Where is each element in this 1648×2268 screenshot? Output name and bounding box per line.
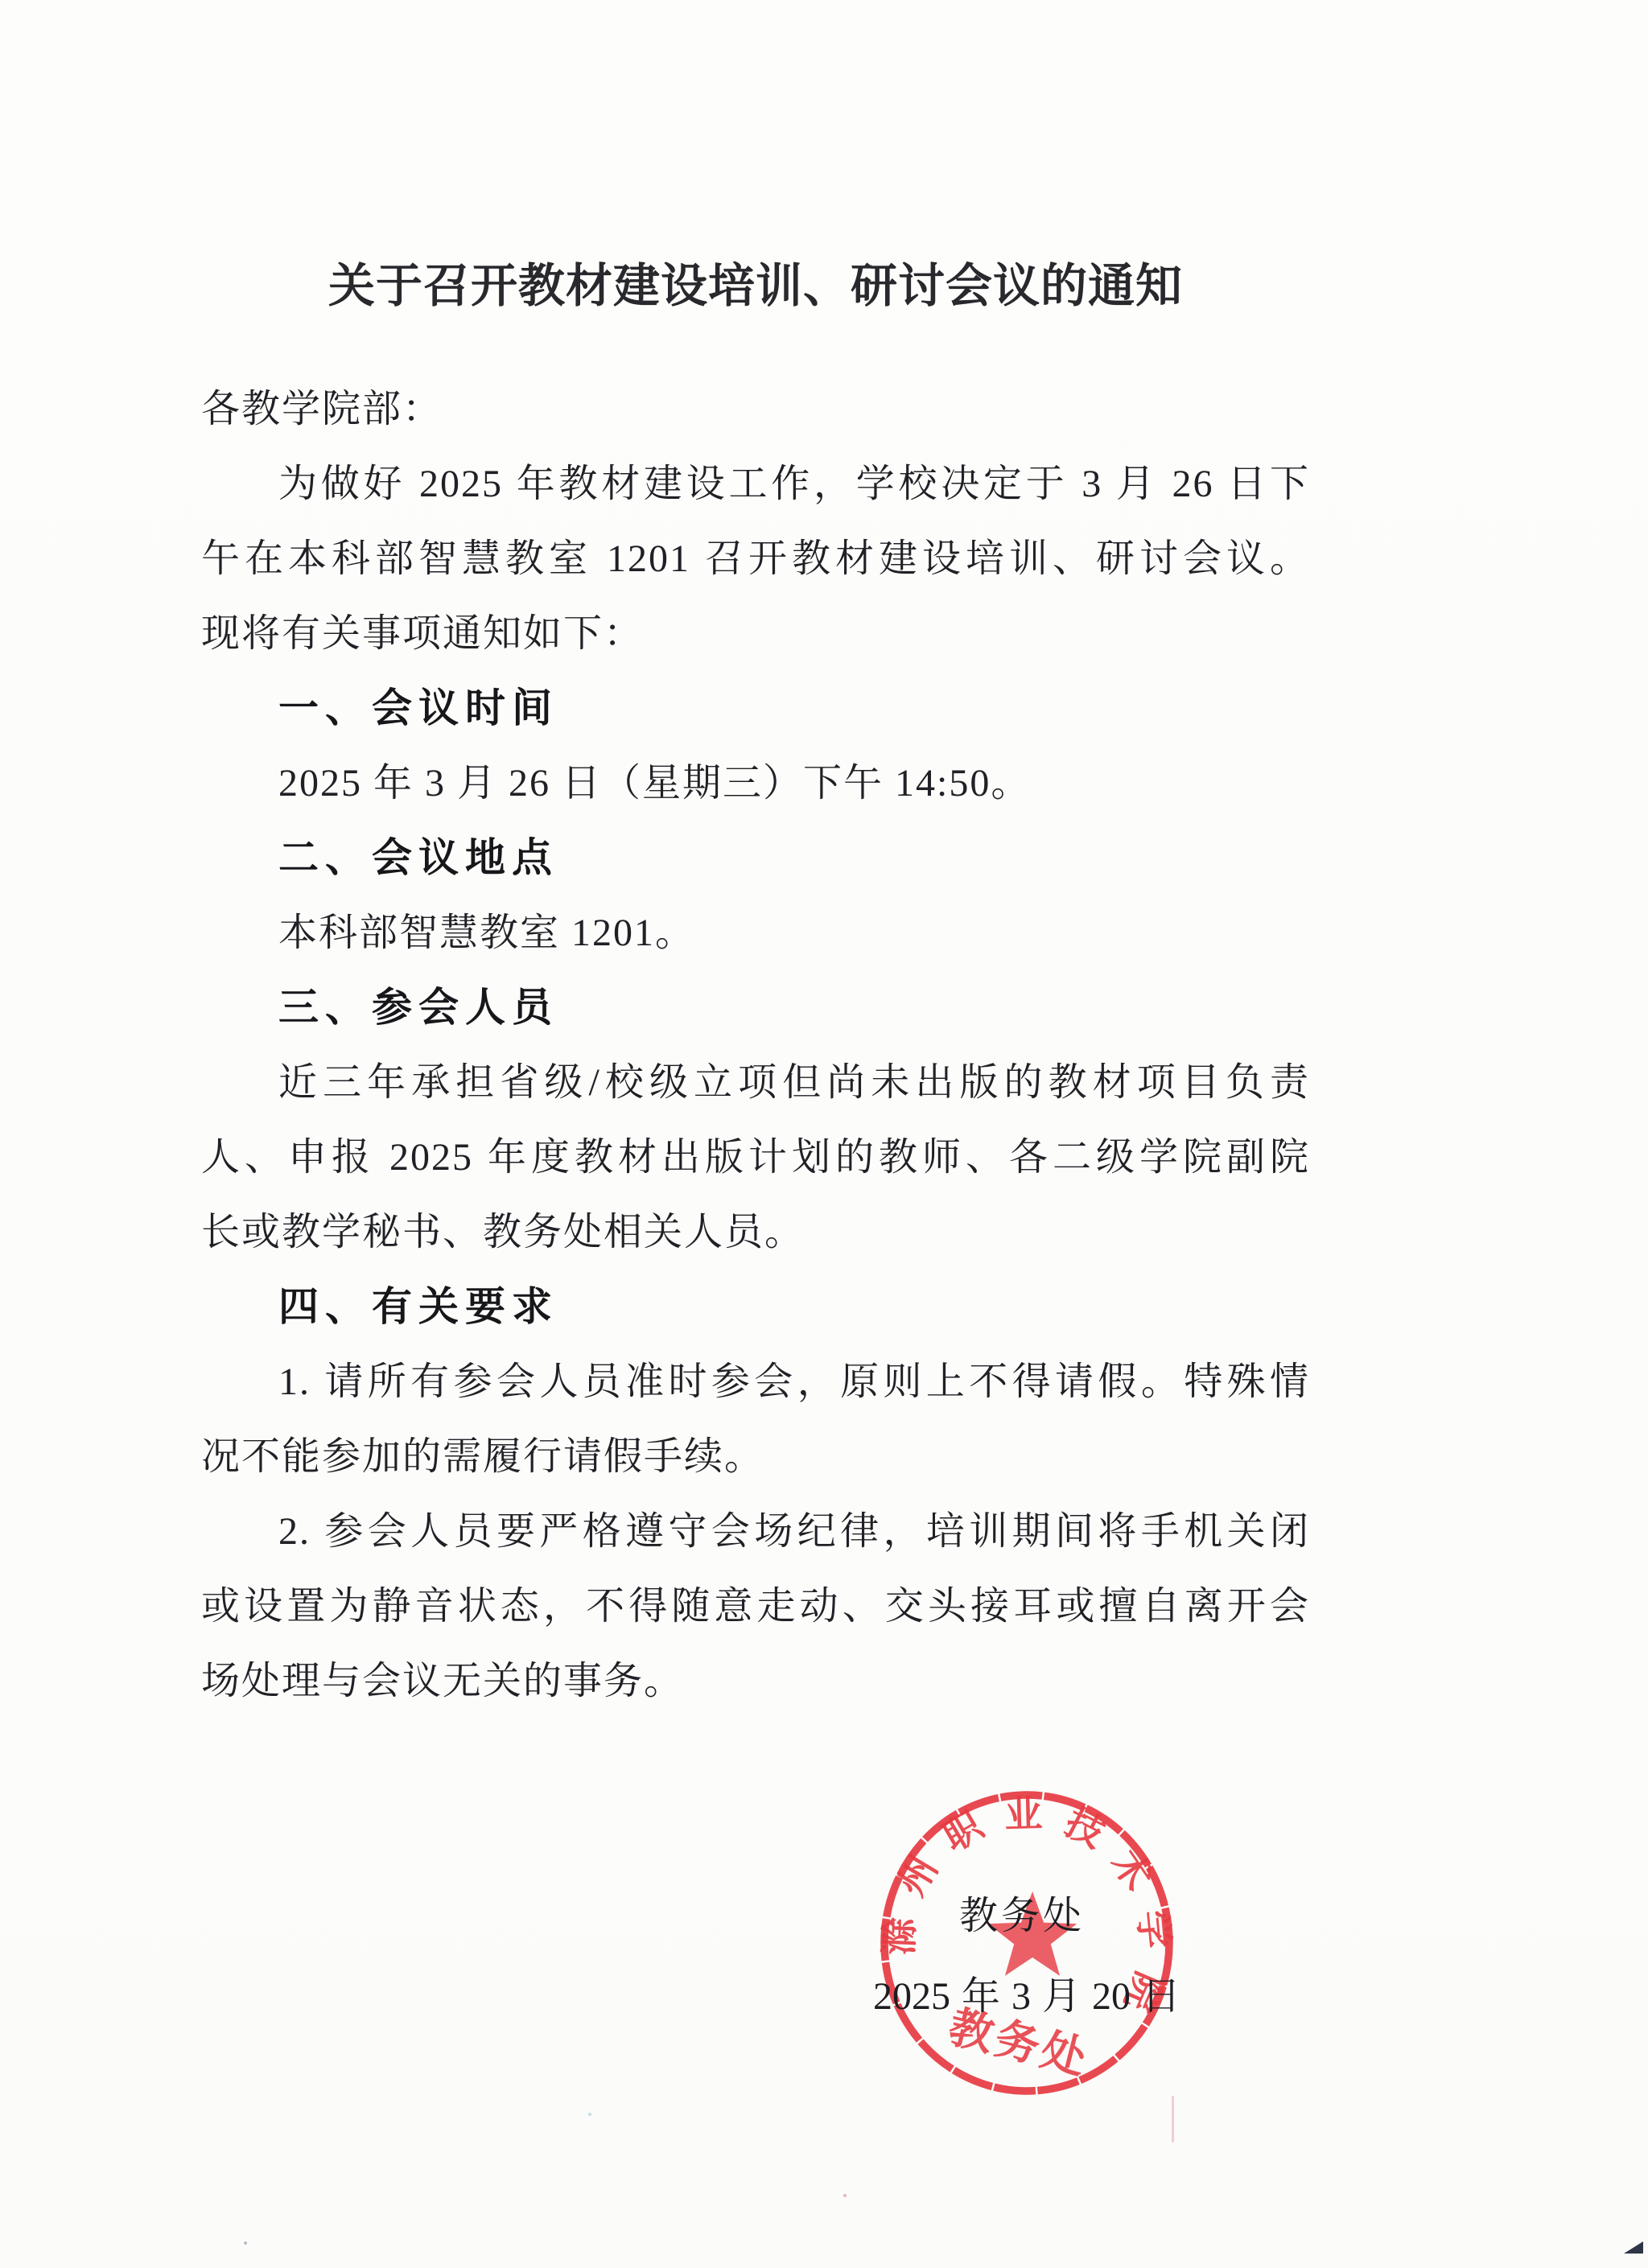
scanned-notice-page: 关于召开教材建设培训、研讨会议的通知 各教学院部： 为做好 2025 年教材建设…: [0, 0, 1648, 2268]
paragraph-line: 午在本科部智慧教室 1201 召开教材建设培训、研讨会议。: [201, 521, 1310, 596]
salutation-line: 各教学院部：: [201, 372, 1310, 447]
page-title: 关于召开教材建设培训、研讨会议的通知: [201, 256, 1310, 317]
section-heading-place: 二、会议地点: [201, 821, 1310, 895]
paragraph-line: 1. 请所有参会人员准时参会，原则上不得请假。特殊情: [201, 1344, 1310, 1419]
signature-date: 2025 年 3 月 20 日: [873, 1973, 1180, 2021]
section-heading-attendees: 三、参会人员: [201, 970, 1310, 1045]
paragraph-line: 近三年承担省级/校级立项但尚未出版的教材项目负责: [201, 1045, 1310, 1120]
meeting-place-line: 本科部智慧教室 1201。: [201, 895, 1310, 970]
scan-speck: [244, 2241, 247, 2245]
paragraph-line: 长或教学秘书、教务处相关人员。: [201, 1195, 1310, 1270]
notice-body: 各教学院部： 为做好 2025 年教材建设工作，学校决定于 3 月 26 日下 …: [201, 372, 1310, 1718]
scan-speck: [843, 2194, 847, 2197]
paragraph-line: 场处理与会议无关的事务。: [201, 1644, 1310, 1718]
meeting-time-line: 2025 年 3 月 26 日（星期三）下午 14:50。: [201, 746, 1310, 821]
paragraph-line: 或设置为静音状态，不得随意走动、交头接耳或擅自离开会: [201, 1569, 1310, 1644]
scan-speck: [588, 2113, 591, 2116]
official-seal-stamp: 滁州职业技术学院 教务处: [874, 1788, 1181, 2103]
paragraph-line: 为做好 2025 年教材建设工作，学校决定于 3 月 26 日下: [201, 447, 1310, 521]
paragraph-line: 现将有关事项通知如下：: [201, 596, 1310, 671]
scan-corner-artifact: [1624, 2241, 1643, 2254]
paragraph-line: 人、申报 2025 年度教材出版计划的教师、各二级学院副院: [201, 1120, 1310, 1195]
signature-department: 教务处: [941, 1892, 1102, 1941]
section-heading-time: 一、会议时间: [201, 671, 1310, 746]
paragraph-line: 2. 参会人员要严格遵守会场纪律，培训期间将手机关闭: [201, 1494, 1310, 1569]
section-heading-requirements: 四、有关要求: [201, 1270, 1310, 1344]
paragraph-line: 况不能参加的需履行请假手续。: [201, 1419, 1310, 1494]
